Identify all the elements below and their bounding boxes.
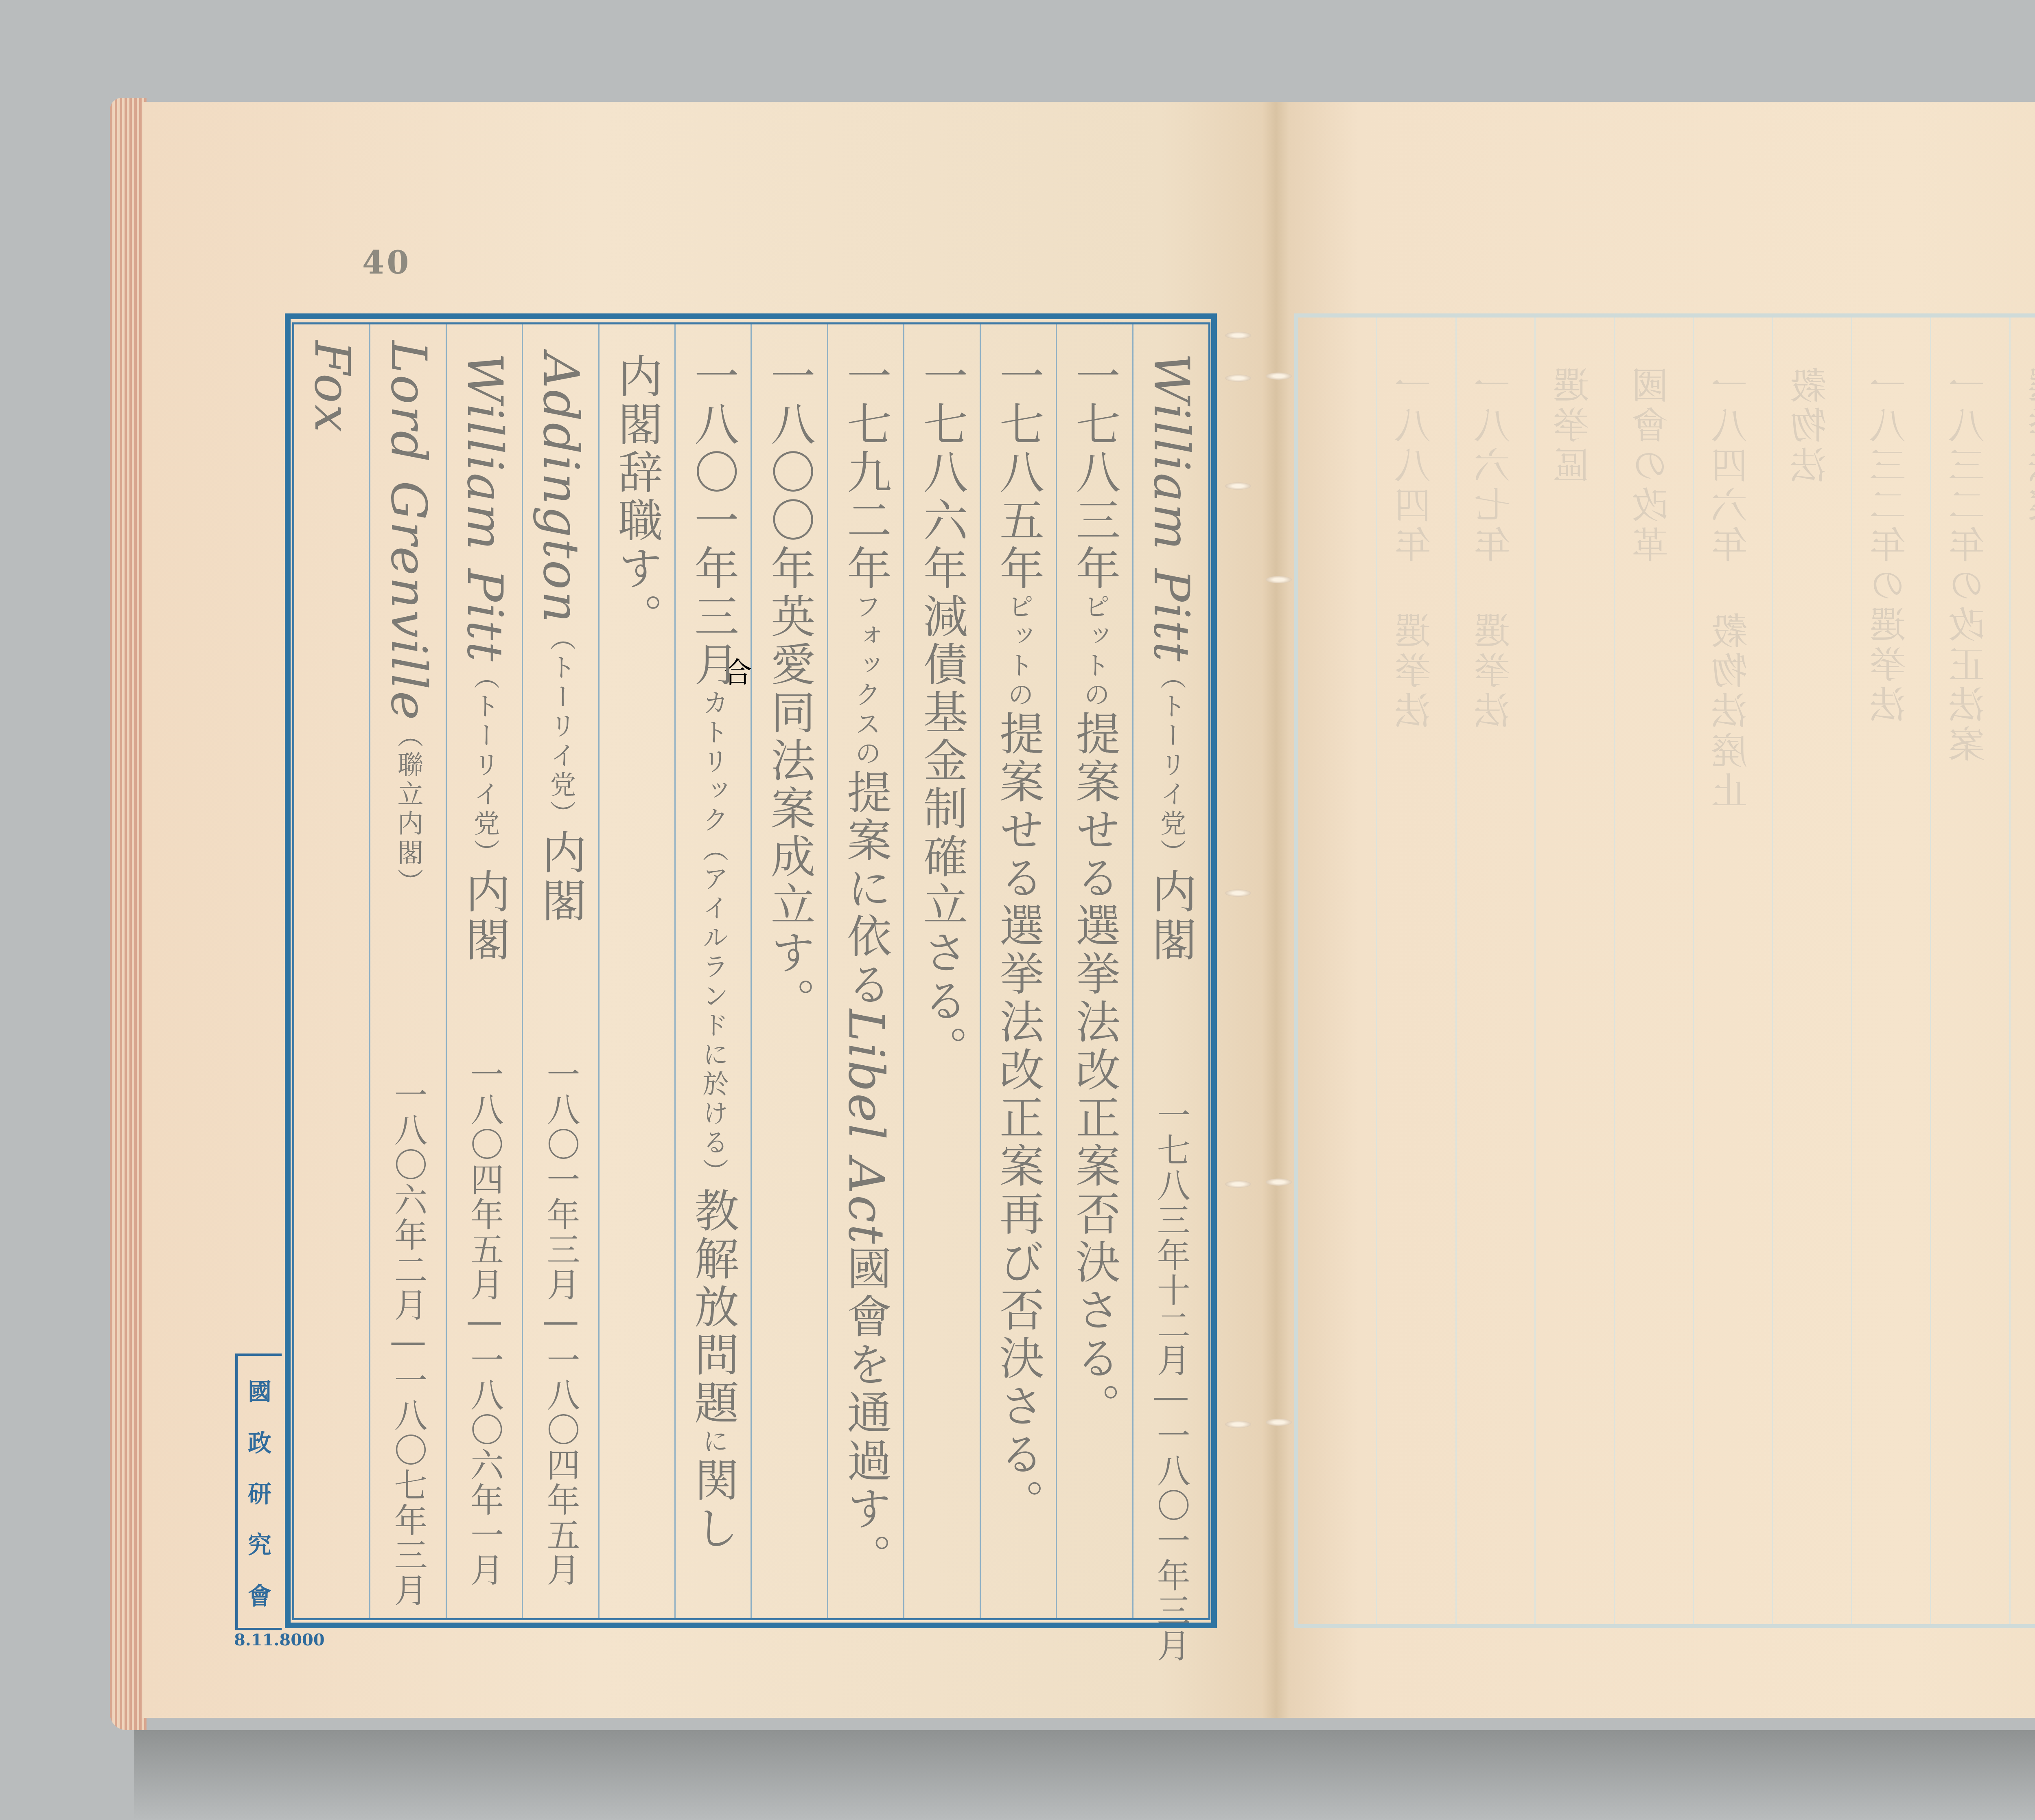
column-text: 一八〇〇年英愛同法案成立す。 (767, 353, 812, 1025)
stamp-character: 國 (248, 1373, 271, 1407)
show-through-text: 選挙區 (1548, 366, 1601, 486)
show-through-text: 一八八四年 選挙法 (1390, 366, 1443, 732)
handwritten-text: （トーリイ党） (545, 624, 575, 830)
handwritten-text: フォックスの (851, 593, 881, 769)
page-number: 40 (362, 244, 411, 281)
show-through-text: 一八六七年 選挙法 (1469, 366, 1522, 732)
handwritten-text: 内閣辞職す。 (611, 353, 663, 641)
binding-hole (1266, 1419, 1292, 1426)
column-text: Lord Grenville（聯立内閣） (384, 341, 433, 898)
english-name: Addington (532, 353, 589, 624)
column-8: 内閣辞職す。 (598, 324, 674, 1618)
handwritten-text: 内閣 (534, 830, 586, 926)
handwritten-text: 関し (687, 1457, 739, 1553)
column-7: 一八〇一年三月カトリック（アイルランドに於ける）教解放問題に関し (674, 324, 751, 1618)
column-text: William Pitt（トーリイ党）内閣 (1147, 353, 1195, 964)
handwritten-text: 一八〇〇年英愛同法案成立す。 (764, 353, 816, 1025)
handwritten-text: ピットの (1079, 593, 1109, 710)
show-through-text: 一八三二年の選挙法 (1865, 366, 1918, 725)
show-through-text: 國會の改革 (1627, 366, 1680, 566)
handwritten-text: （トーリイ党） (469, 663, 499, 868)
column-text: 一七九二年フォックスの提案に依るLibel Act國會を通過す。 (841, 353, 890, 1582)
ghost-column: 一八三二年の選挙法 (1852, 318, 1931, 1624)
ghost-ruled-grid: 一八八四年 選挙法一八六七年 選挙法選挙區國會の改革一八四六年 穀物法廃止穀物法… (1294, 313, 2035, 1628)
column-6: 一八〇〇年英愛同法案成立す。合 (751, 324, 827, 1618)
show-through-text: 穀物法 (1786, 366, 1838, 486)
english-name: William Pitt (456, 353, 513, 663)
column-11: Lord Grenville（聯立内閣）一八〇六年二月―一八〇七年三月 (369, 324, 445, 1618)
ghost-column (1298, 318, 1377, 1624)
column-date: 一八〇四年五月―一八〇六年一月 (460, 1057, 508, 1588)
binding-hole (1266, 1178, 1292, 1186)
stamp-character: 政 (248, 1424, 271, 1458)
column-3: 一七八五年ピットの提案せる選挙法改正案再び否決さる。 (980, 324, 1056, 1618)
handwritten-text: 教解放問題 (687, 1187, 739, 1428)
column-date: 一八〇六年二月―一八〇七年三月 (384, 1078, 432, 1608)
handwritten-text: （聯立内閣） (393, 722, 423, 898)
english-name: Libel Act (838, 1009, 894, 1246)
binding-hole (1266, 576, 1292, 583)
ghost-column: 一八三二年の改正法案 (1931, 318, 2010, 1624)
handwritten-text: 提案に依る (840, 769, 892, 1009)
ghost-column: 選挙法案 (2011, 318, 2035, 1624)
english-name: Fox (304, 341, 360, 434)
column-5: 一七九二年フォックスの提案に依るLibel Act國會を通過す。 (827, 324, 903, 1618)
print-code: 8.11.8000 (234, 1630, 325, 1649)
handwritten-text: 一七八三年 (1068, 353, 1120, 593)
handwritten-text: 一七八六年減債基金制確立さる。 (916, 353, 968, 1073)
column-text: Fox (307, 341, 356, 434)
left-page-stack-edge (110, 98, 147, 1730)
binding-hole (1225, 1180, 1251, 1188)
handwritten-text: （トーリイ党） (1156, 663, 1186, 868)
column-text: 一七八六年減債基金制確立さる。 (920, 353, 965, 1073)
ghost-column: 一八六七年 選挙法 (1457, 318, 1536, 1624)
handwritten-text: 提案せる選挙法改正案否決さる。 (1068, 710, 1120, 1431)
binding-hole (1225, 1421, 1251, 1428)
column-text: William Pitt（トーリイ党）内閣 (460, 353, 509, 964)
handwritten-text: 内閣 (1145, 868, 1197, 964)
show-through-text: 一八三二年の改正法案 (1944, 366, 1997, 765)
handwritten-text: 提案せる選挙法改正案再び否決さる。 (992, 710, 1044, 1527)
column-12: Fox (294, 324, 369, 1618)
ghost-column: 一八八四年 選挙法 (1377, 318, 1456, 1624)
english-name: Lord Grenville (380, 341, 437, 722)
binding-hole (1225, 375, 1251, 382)
book-gutter (1262, 102, 1290, 1718)
column-text: 内閣辞職す。 (615, 353, 659, 641)
show-through-text: 選挙法案 (2023, 366, 2035, 526)
binding-hole (1266, 372, 1292, 380)
binding-hole (1225, 889, 1251, 897)
column-date: 一七八三年十二月―一八〇一年三月 (1147, 1098, 1195, 1663)
ghost-column: 選挙區 (1536, 318, 1615, 1624)
ghost-column: 穀物法 (1773, 318, 1852, 1624)
column-text: 一七八三年ピットの提案せる選挙法改正案否決さる。 (1072, 353, 1117, 1431)
handwritten-text: 内閣 (458, 868, 510, 964)
publisher-stamp: 國政研究會 (235, 1354, 282, 1630)
column-1: William Pitt（トーリイ党）内閣一七八三年十二月―一八〇一年三月 (1132, 324, 1208, 1618)
column-4: 一七八六年減債基金制確立さる。 (903, 324, 979, 1618)
stamp-character: 研 (248, 1475, 271, 1509)
stamp-character: 究 (248, 1526, 271, 1560)
ghost-column: 一八四六年 穀物法廃止 (1694, 318, 1773, 1624)
stamp-character: 會 (248, 1577, 271, 1611)
show-through-text: 一八四六年 穀物法廃止 (1707, 366, 1759, 811)
handwritten-text: 一七八五年 (992, 353, 1044, 593)
english-name: William Pitt (1143, 353, 1199, 663)
ghost-column: 國會の改革 (1615, 318, 1694, 1624)
column-2: 一七八三年ピットの提案せる選挙法改正案否決さる。 (1056, 324, 1132, 1618)
column-10: William Pitt（トーリイ党）内閣一八〇四年五月―一八〇六年一月 (446, 324, 522, 1618)
column-text: Addington（トーリイ党）内閣 (536, 353, 585, 926)
handwritten-text: 一八〇一年三月 (687, 353, 739, 689)
handwritten-text: カトリック（アイルランドに於ける） (698, 689, 728, 1187)
column-9: Addington（トーリイ党）内閣一八〇一年三月―一八〇四年五月 (522, 324, 598, 1618)
handwritten-text: に (698, 1428, 728, 1457)
ruled-grid: William Pitt（トーリイ党）内閣一七八三年十二月―一八〇一年三月 一七… (292, 322, 1210, 1620)
binding-hole (1225, 332, 1251, 339)
column-text: 一八〇一年三月カトリック（アイルランドに於ける）教解放問題に関し (691, 353, 735, 1553)
table-shadow (134, 1730, 2035, 1820)
handwritten-text: 一七九二年 (840, 353, 892, 593)
handwritten-text: ピットの (1003, 593, 1033, 710)
column-date: 一八〇一年三月―一八〇四年五月 (537, 1057, 584, 1588)
column-text: 一七八五年ピットの提案せる選挙法改正案再び否決さる。 (996, 353, 1041, 1527)
handwritten-text: 國會を通過す。 (840, 1246, 892, 1582)
binding-hole (1225, 482, 1251, 490)
